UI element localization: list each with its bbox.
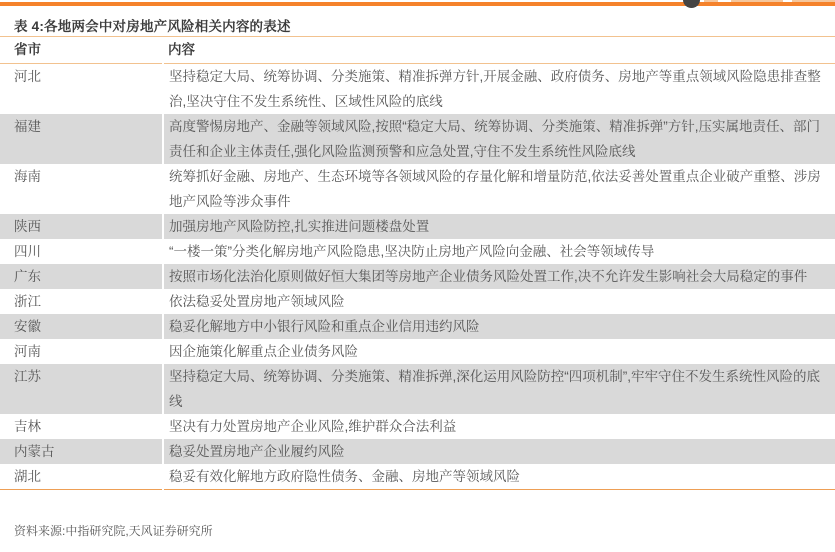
risk-table-container: 省市 内容 河北坚持稳定大局、统筹协调、分类施策、精准拆弹方针,开展金融、政府债… — [0, 36, 835, 490]
table-row: 海南统筹抓好金融、房地产、生态环境等各领域风险的存量化解和增量防范,依法妥善处置… — [0, 164, 835, 214]
table-title: 表 4:各地两会中对房地产风险相关内容的表述 — [14, 15, 291, 35]
table-row: 河南因企施策化解重点企业债务风险 — [0, 339, 835, 364]
table-header: 省市 内容 — [0, 37, 835, 64]
province-cell: 内蒙古 — [0, 439, 163, 464]
content-cell: 稳妥有效化解地方政府隐性债务、金融、房地产等领域风险 — [163, 464, 835, 490]
province-cell: 四川 — [0, 239, 163, 264]
content-cell: 高度警惕房地产、金融等领域风险,按照“稳定大局、统筹协调、分类施策、精准拆弹”方… — [163, 114, 835, 164]
table-row: 安徽稳妥化解地方中小银行风险和重点企业信用违约风险 — [0, 314, 835, 339]
cropped-logo-circle — [683, 0, 700, 8]
table-row: 吉林坚决有力处置房地产企业风险,维护群众合法利益 — [0, 414, 835, 439]
content-cell: 依法稳妥处置房地产领域风险 — [163, 289, 835, 314]
content-cell: 稳妥化解地方中小银行风险和重点企业信用违约风险 — [163, 314, 835, 339]
province-cell: 海南 — [0, 164, 163, 214]
province-cell: 河北 — [0, 64, 163, 115]
risk-table: 省市 内容 河北坚持稳定大局、统筹协调、分类施策、精准拆弹方针,开展金融、政府债… — [0, 36, 835, 490]
province-cell: 湖北 — [0, 464, 163, 490]
cropped-header-remnant — [731, 0, 783, 2]
content-cell: 坚决有力处置房地产企业风险,维护群众合法利益 — [163, 414, 835, 439]
cropped-header-remnant — [792, 0, 835, 2]
table-row: 浙江依法稳妥处置房地产领域风险 — [0, 289, 835, 314]
province-cell: 福建 — [0, 114, 163, 164]
content-cell: 坚持稳定大局、统筹协调、分类施策、精准拆弹方针,开展金融、政府债务、房地产等重点… — [163, 64, 835, 115]
table-row: 江苏坚持稳定大局、统筹协调、分类施策、精准拆弹,深化运用风险防控“四项机制”,牢… — [0, 364, 835, 414]
table-row: 湖北稳妥有效化解地方政府隐性债务、金融、房地产等领域风险 — [0, 464, 835, 490]
province-cell: 安徽 — [0, 314, 163, 339]
column-header-province: 省市 — [0, 37, 163, 64]
province-cell: 河南 — [0, 339, 163, 364]
content-cell: 因企施策化解重点企业债务风险 — [163, 339, 835, 364]
table-row: 内蒙古稳妥处置房地产企业履约风险 — [0, 439, 835, 464]
cropped-header-remnant — [704, 0, 718, 2]
province-cell: 广东 — [0, 264, 163, 289]
content-cell: 坚持稳定大局、统筹协调、分类施策、精准拆弹,深化运用风险防控“四项机制”,牢牢守… — [163, 364, 835, 414]
source-note: 资料来源:中指研究院,天风证券研究所 — [14, 522, 213, 539]
content-cell: 稳妥处置房地产企业履约风险 — [163, 439, 835, 464]
column-header-content: 内容 — [163, 37, 835, 64]
table-row: 河北坚持稳定大局、统筹协调、分类施策、精准拆弹方针,开展金融、政府债务、房地产等… — [0, 64, 835, 115]
content-cell: “一楼一策”分类化解房地产风险隐患,坚决防止房地产风险向金融、社会等领域传导 — [163, 239, 835, 264]
table-row: 福建高度警惕房地产、金融等领域风险,按照“稳定大局、统筹协调、分类施策、精准拆弹… — [0, 114, 835, 164]
content-cell: 按照市场化法治化原则做好恒大集团等房地产企业债务风险处置工作,决不允许发生影响社… — [163, 264, 835, 289]
province-cell: 陕西 — [0, 214, 163, 239]
table-row: 广东按照市场化法治化原则做好恒大集团等房地产企业债务风险处置工作,决不允许发生影… — [0, 264, 835, 289]
province-cell: 吉林 — [0, 414, 163, 439]
table-row: 陕西加强房地产风险防控,扎实推进问题楼盘处置 — [0, 214, 835, 239]
table-body: 河北坚持稳定大局、统筹协调、分类施策、精准拆弹方针,开展金融、政府债务、房地产等… — [0, 64, 835, 490]
top-accent-bar — [0, 2, 835, 6]
content-cell: 加强房地产风险防控,扎实推进问题楼盘处置 — [163, 214, 835, 239]
province-cell: 浙江 — [0, 289, 163, 314]
province-cell: 江苏 — [0, 364, 163, 414]
content-cell: 统筹抓好金融、房地产、生态环境等各领域风险的存量化解和增量防范,依法妥善处置重点… — [163, 164, 835, 214]
table-row: 四川“一楼一策”分类化解房地产风险隐患,坚决防止房地产风险向金融、社会等领域传导 — [0, 239, 835, 264]
header-row: 省市 内容 — [0, 37, 835, 64]
